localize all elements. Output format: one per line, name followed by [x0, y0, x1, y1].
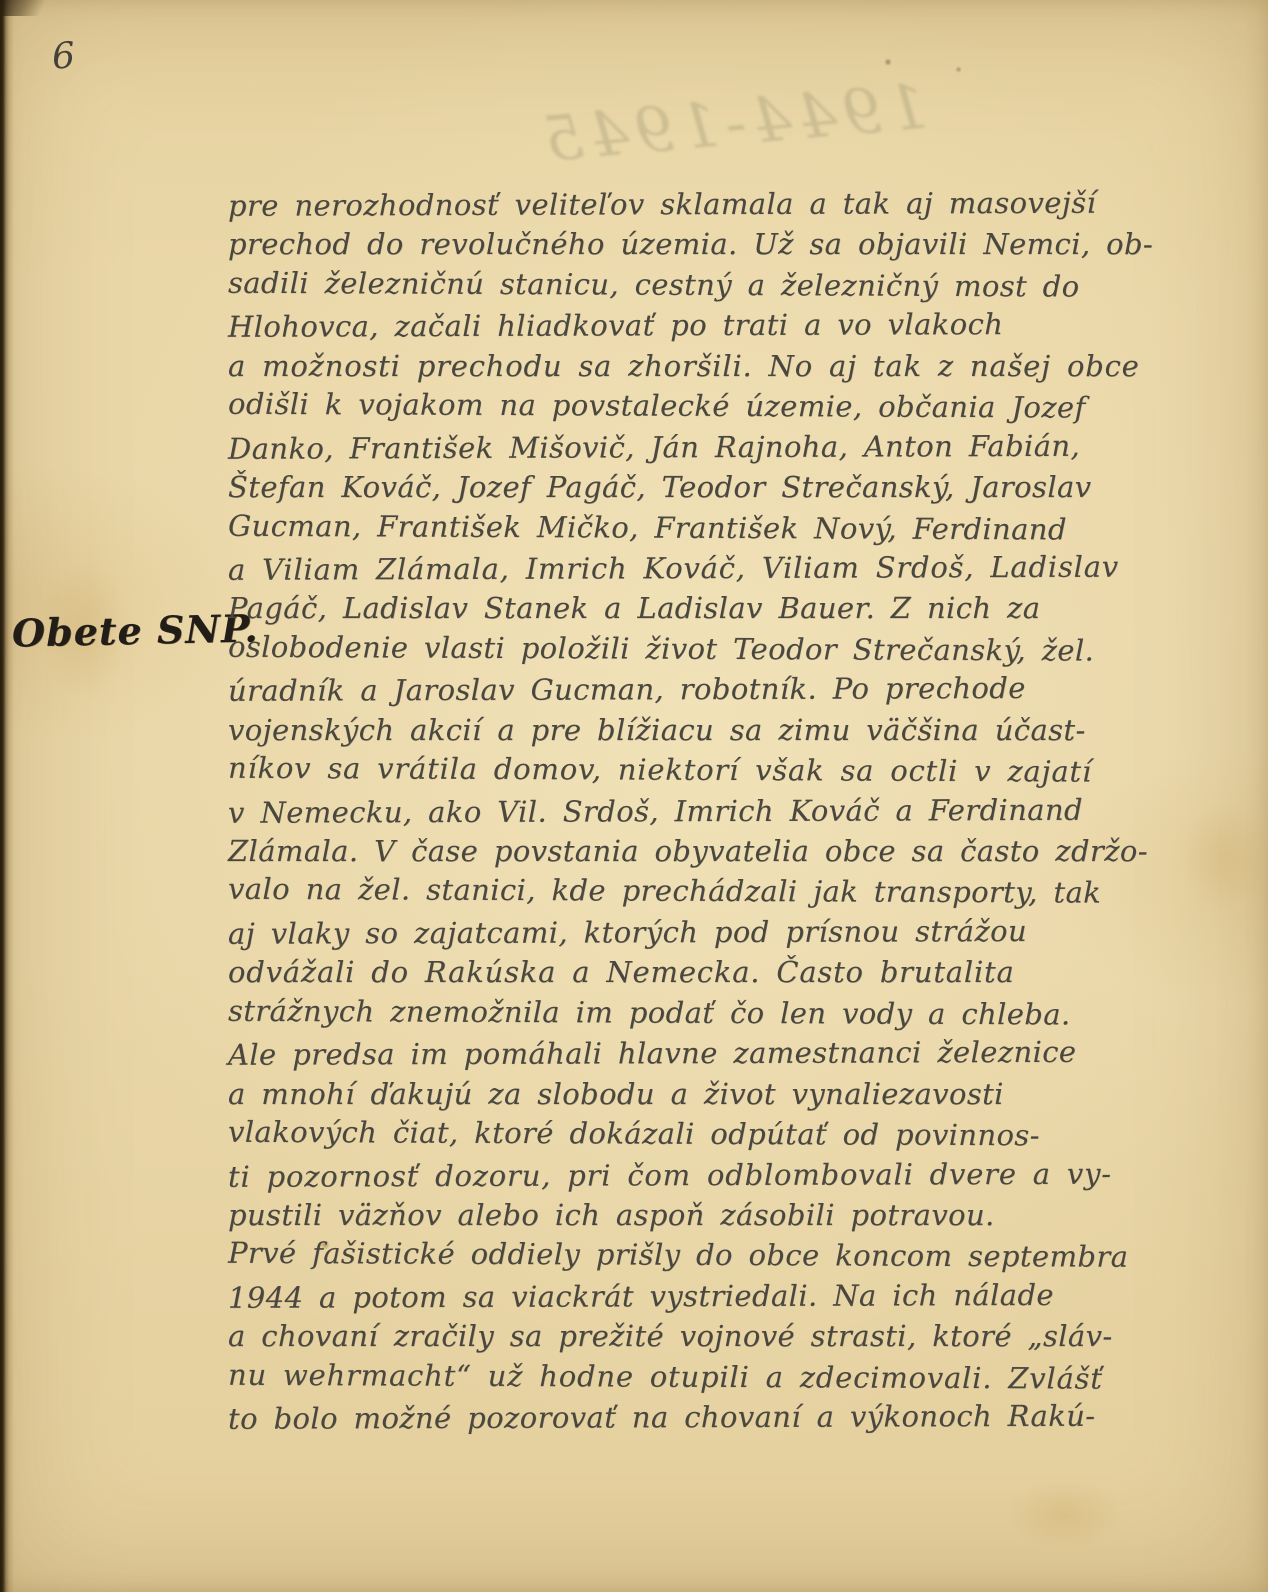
handwritten-line: a možnosti prechodu sa zhoršili. No aj t… — [228, 346, 1248, 386]
handwritten-line: Danko, František Mišovič, Ján Rajnoha, A… — [228, 425, 1248, 469]
handwritten-line: odvážali do Rakúska a Nemecka. Často bru… — [228, 952, 1248, 992]
handwritten-line: a chovaní zračily sa prežité vojnové str… — [228, 1316, 1248, 1356]
paper-speck — [955, 66, 962, 73]
handwritten-line: a Viliam Zlámala, Imrich Kováč, Viliam S… — [228, 546, 1248, 590]
bleed-through-text: 1944-1945 — [546, 70, 931, 176]
handwritten-line: v Nemecku, ako Vil. Srdoš, Imrich Kováč … — [228, 789, 1248, 833]
handwritten-line: a mnohí ďakujú za slobodu a život vynali… — [228, 1074, 1248, 1114]
handwritten-line: sadili železničnú stanicu, cestný a žele… — [228, 263, 1248, 308]
handwritten-line: prechod do revolučného územia. Už sa obj… — [228, 224, 1248, 264]
chronicle-scanned-page: 6 1944-1945 Obete SNP. pre nerozhodnosť … — [0, 0, 1268, 1592]
handwritten-line: strážnych znemožnila im podať čo len vod… — [228, 991, 1248, 1036]
page-binding-edge — [0, 0, 14, 1592]
handwritten-line: aj vlaky so zajatcami, ktorých pod prísn… — [228, 910, 1248, 954]
handwritten-line: pre nerozhodnosť veliteľov sklamala a ta… — [228, 182, 1248, 226]
handwritten-line: Pagáč, Ladislav Stanek a Ladislav Bauer.… — [228, 588, 1248, 628]
handwritten-text-block: pre nerozhodnosť veliteľov sklamala a ta… — [228, 184, 1248, 1438]
handwritten-line: Prvé fašistické oddiely prišly do obce k… — [228, 1233, 1248, 1278]
handwritten-line: úradník a Jaroslav Gucman, robotník. Po … — [228, 667, 1248, 711]
handwritten-line: vlakových čiat, ktoré dokázali odpútať o… — [228, 1112, 1248, 1157]
handwritten-line: Zlámala. V čase povstania obyvatelia obc… — [228, 831, 1248, 871]
handwritten-line: 1944 a potom sa viackrát vystriedali. Na… — [228, 1274, 1248, 1318]
handwritten-line: to bolo možné pozorovať na chovaní a výk… — [228, 1395, 1248, 1439]
handwritten-line: oslobodenie vlasti položili život Teodor… — [228, 627, 1248, 672]
handwritten-line: níkov sa vrátila domov, niektorí však sa… — [228, 748, 1248, 793]
top-left-corner-mark — [0, 0, 52, 16]
handwritten-line: nu wehrmacht“ už hodne otupili a zdecimo… — [228, 1354, 1248, 1399]
handwritten-line: Štefan Kováč, Jozef Pagáč, Teodor Streča… — [228, 467, 1248, 507]
handwritten-line: ti pozornosť dozoru, pri čom odblomboval… — [228, 1153, 1248, 1197]
page-number: 6 — [51, 35, 77, 77]
handwritten-line: Ale predsa im pomáhali hlavne zamestnanc… — [228, 1031, 1248, 1075]
paper-stain — [1005, 1480, 1125, 1550]
handwritten-line: Hlohovca, začali hliadkovať po trati a v… — [228, 304, 1248, 348]
paper-speck — [884, 58, 892, 66]
handwritten-line: odišli k vojakom na povstalecké územie, … — [228, 384, 1248, 429]
margin-note: Obete SNP. — [12, 605, 259, 655]
handwritten-line: Gucman, František Mičko, František Nový,… — [228, 505, 1248, 550]
handwritten-line: vojenských akcií a pre blížiacu sa zimu … — [228, 710, 1248, 750]
handwritten-line: valo na žel. stanici, kde prechádzali ja… — [228, 869, 1248, 914]
handwritten-line: pustili väzňov alebo ich aspoň zásobili … — [228, 1195, 1248, 1235]
